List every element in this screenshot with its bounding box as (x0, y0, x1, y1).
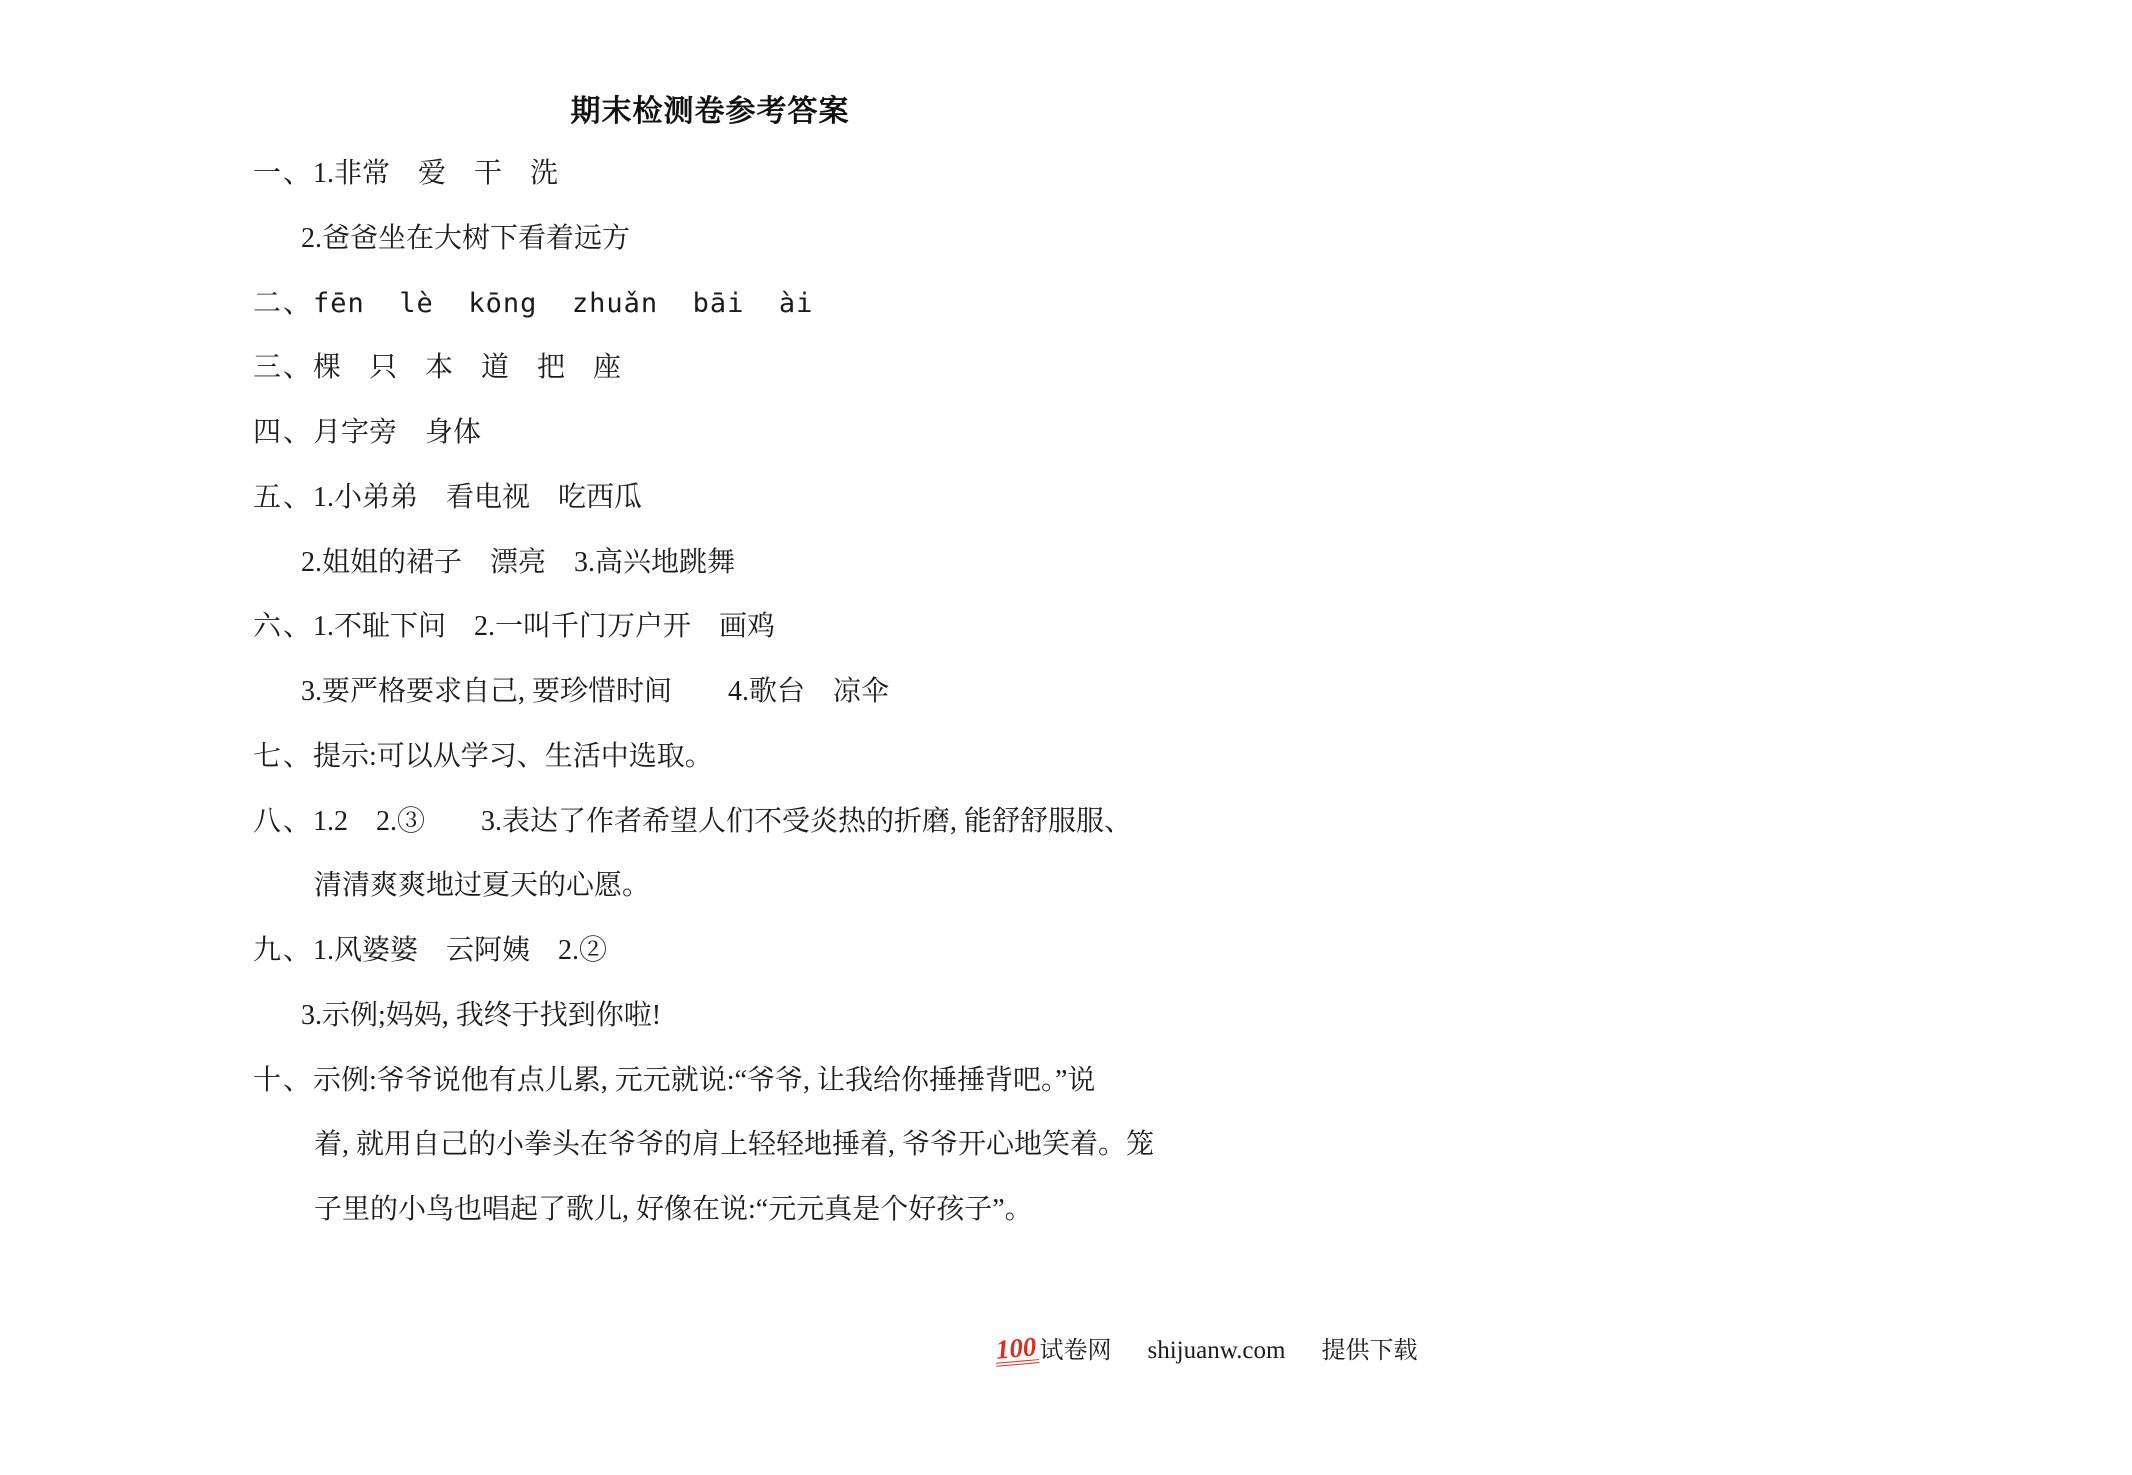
site-domain: shijuanw.com (1148, 1337, 1286, 1365)
section-number: 二、 (253, 288, 313, 319)
answer-text: 2.姐姐的裙子 漂亮 3.高兴地跳舞 (301, 547, 735, 578)
page-footer: 100试卷网 shijuanw.com 提供下载 (995, 1330, 1417, 1365)
brand-logo: 100试卷网 (995, 1330, 1112, 1365)
answer-line: 八、1.2 2.③ 3.表达了作者希望人们不受炎热的折磨, 能舒舒服服、 (253, 806, 1132, 838)
brand-name: 试卷网 (1040, 1330, 1112, 1365)
answer-line: 五、1.小弟弟 看电视 吃西瓜 (253, 482, 642, 514)
answer-line: 着, 就用自己的小拳头在爷爷的肩上轻轻地捶着, 爷爷开心地笑着。笼 (314, 1129, 1154, 1161)
answer-text: 清清爽爽地过夏天的心愿。 (314, 870, 650, 901)
answer-line: 三、棵 只 本 道 把 座 (253, 352, 621, 384)
answer-text: 月字旁 身体 (313, 417, 481, 448)
section-number: 一、 (253, 158, 313, 189)
answer-text: 3.示例;妈妈, 我终于找到你啦! (301, 1000, 661, 1031)
answer-text: 1.非常 爱 干 洗 (313, 158, 558, 189)
answer-text: 示例:爷爷说他有点儿累, 元元就说:“爷爷, 让我给你捶捶背吧。”说 (313, 1065, 1095, 1096)
document-page: 期末检测卷参考答案 一、1.非常 爱 干 洗 2.爸爸坐在大树下看着远方 二、f… (0, 0, 2132, 1475)
answer-text: 1.2 2.③ 3.表达了作者希望人们不受炎热的折磨, 能舒舒服服、 (313, 806, 1132, 837)
answer-text: 着, 就用自己的小拳头在爷爷的肩上轻轻地捶着, 爷爷开心地笑着。笼 (314, 1129, 1154, 1160)
answer-line: 六、1.不耻下问 2.一叫千门万户开 画鸡 (253, 611, 775, 643)
section-number: 九、 (253, 935, 313, 966)
section-number: 三、 (253, 352, 313, 383)
page-title: 期末检测卷参考答案 (253, 86, 1167, 130)
answer-line: 二、fēn lè kōng zhuǎn bāi ài (253, 288, 813, 320)
answer-line: 一、1.非常 爱 干 洗 (253, 158, 558, 190)
section-number: 六、 (253, 611, 313, 642)
section-number: 十、 (253, 1065, 313, 1096)
answer-text: 1.不耻下问 2.一叫千门万户开 画鸡 (313, 611, 775, 642)
answer-line: 3.要严格要求自己, 要珍惜时间 4.歌台 凉伞 (301, 676, 889, 708)
section-number: 七、 (253, 741, 313, 772)
answer-line: 2.姐姐的裙子 漂亮 3.高兴地跳舞 (301, 547, 735, 579)
answer-text: 1.小弟弟 看电视 吃西瓜 (313, 482, 642, 513)
answer-text: 棵 只 本 道 把 座 (313, 352, 621, 383)
answer-line: 七、提示:可以从学习、生活中选取。 (253, 741, 713, 773)
pinyin-answer-text: fēn lè kōng zhuǎn bāi ài (313, 288, 813, 319)
answer-text: 3.要严格要求自己, 要珍惜时间 4.歌台 凉伞 (301, 676, 889, 707)
section-number: 五、 (253, 482, 313, 513)
logo-100-mark: 100 (994, 1334, 1039, 1367)
answer-line: 2.爸爸坐在大树下看着远方 (301, 223, 630, 255)
section-number: 四、 (253, 417, 313, 448)
answer-line: 3.示例;妈妈, 我终于找到你啦! (301, 1000, 661, 1032)
section-number: 八、 (253, 806, 313, 837)
answer-line: 十、示例:爷爷说他有点儿累, 元元就说:“爷爷, 让我给你捶捶背吧。”说 (253, 1065, 1095, 1097)
answer-text: 1.风婆婆 云阿姨 2.② (313, 935, 607, 966)
answer-line: 子里的小鸟也唱起了歌儿, 好像在说:“元元真是个好孩子”。 (314, 1194, 1033, 1226)
answer-line: 四、月字旁 身体 (253, 417, 481, 449)
answer-line: 九、1.风婆婆 云阿姨 2.② (253, 935, 607, 967)
download-tagline: 提供下载 (1321, 1330, 1417, 1365)
answer-text: 子里的小鸟也唱起了歌儿, 好像在说:“元元真是个好孩子”。 (314, 1194, 1033, 1225)
answer-text: 2.爸爸坐在大树下看着远方 (301, 223, 630, 254)
answer-line: 清清爽爽地过夏天的心愿。 (314, 870, 650, 902)
answer-text: 提示:可以从学习、生活中选取。 (313, 741, 713, 772)
